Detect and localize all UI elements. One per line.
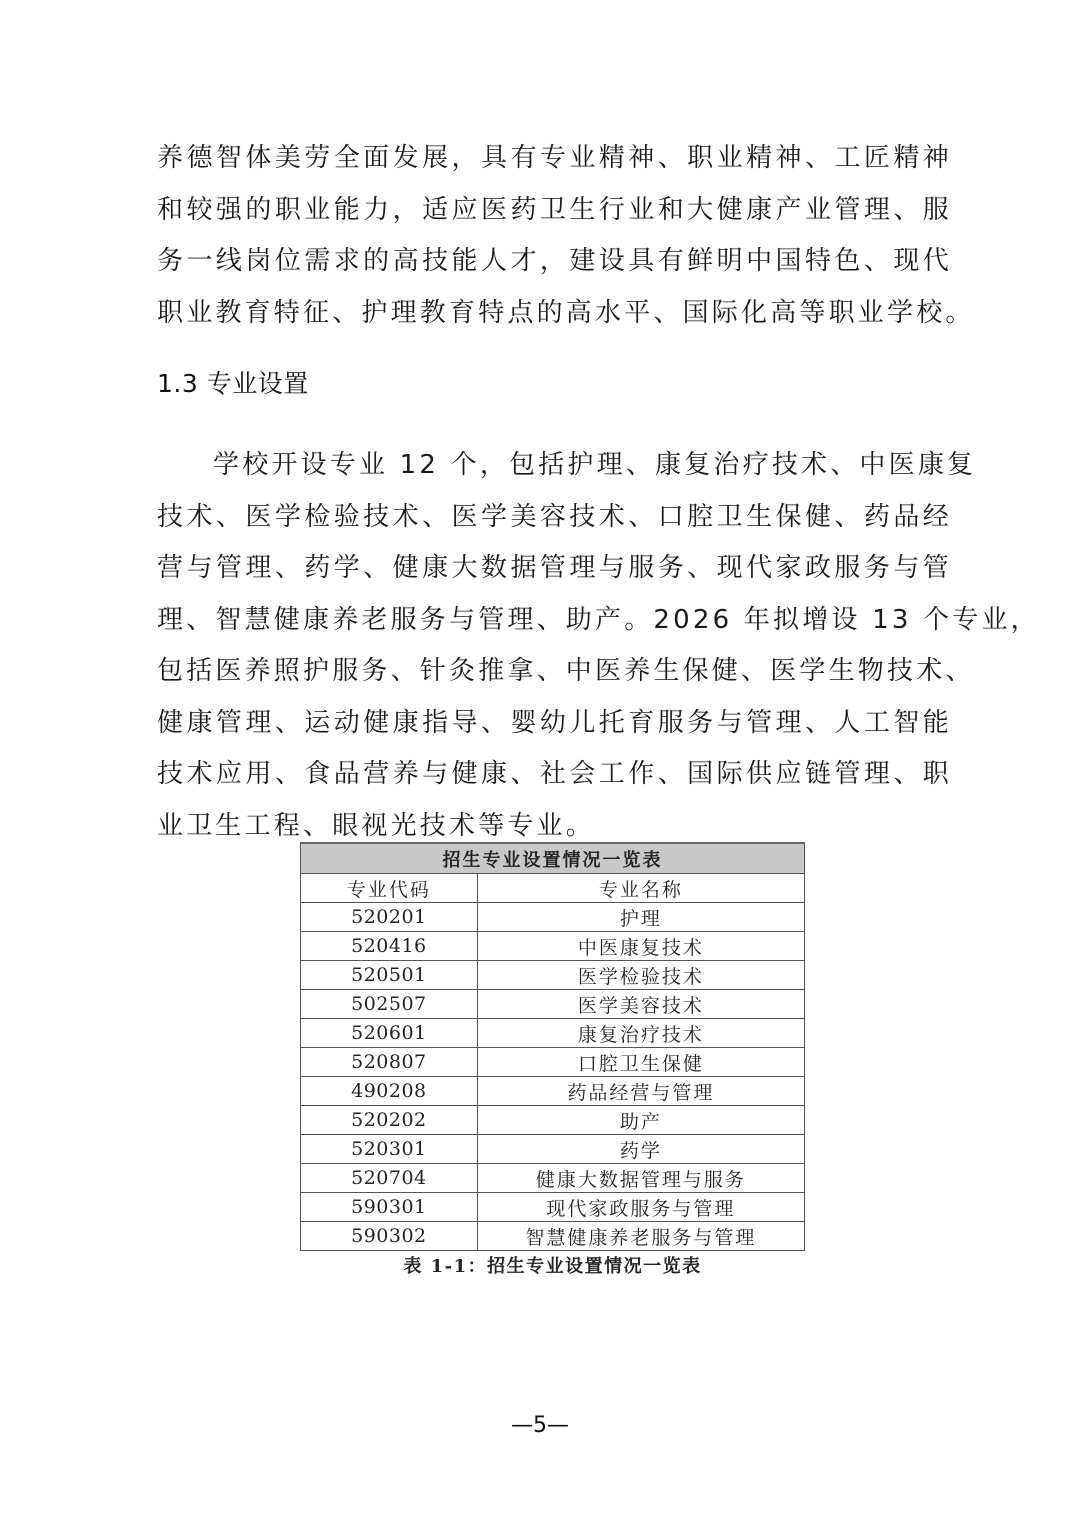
document-page: 养德智体美劳全面发展，具有专业精神、职业精神、工匠精神 和较强的职业能力，适应医… (0, 0, 1080, 1527)
table-row: 520601康复治疗技术 (301, 1019, 805, 1048)
major-name: 现代家政服务与管理 (477, 1193, 804, 1222)
table-title-row: 招生专业设置情况一览表 (301, 843, 805, 874)
table-row: 590301现代家政服务与管理 (301, 1193, 805, 1222)
major-name: 医学美容技术 (477, 990, 804, 1019)
page-number: —5— (0, 1413, 1080, 1438)
major-code: 520807 (301, 1048, 478, 1077)
major-code: 590302 (301, 1222, 478, 1251)
major-name: 康复治疗技术 (477, 1019, 804, 1048)
major-name: 健康大数据管理与服务 (477, 1164, 804, 1193)
major-name: 助产 (477, 1106, 804, 1135)
table-row: 490208药品经营与管理 (301, 1077, 805, 1106)
major-code: 520704 (301, 1164, 478, 1193)
paragraph-line: 技术、医学检验技术、医学美容技术、口腔卫生保健、药品经 (157, 492, 952, 544)
table-row: 502507医学美容技术 (301, 990, 805, 1019)
major-name: 医学检验技术 (477, 961, 804, 990)
paragraph-line: 养德智体美劳全面发展，具有专业精神、职业精神、工匠精神 (157, 133, 952, 185)
paragraph-line: 和较强的职业能力，适应医药卫生行业和大健康产业管理、服 (157, 185, 952, 237)
table-row: 520201护理 (301, 903, 805, 932)
major-name: 口腔卫生保健 (477, 1048, 804, 1077)
major-code: 520201 (301, 903, 478, 932)
major-code: 520202 (301, 1106, 478, 1135)
major-code: 520601 (301, 1019, 478, 1048)
column-header-code: 专业代码 (301, 874, 478, 903)
major-code: 520301 (301, 1135, 478, 1164)
paragraph-line: 健康管理、运动健康指导、婴幼儿托育服务与管理、人工智能 (157, 698, 952, 750)
major-code: 520416 (301, 932, 478, 961)
table-row: 520301药学 (301, 1135, 805, 1164)
paragraph-line: 营与管理、药学、健康大数据管理与服务、现代家政服务与管 (157, 543, 952, 595)
paragraph-line: 理、智慧健康养老服务与管理、助产。2026 年拟增设 13 个专业， (157, 595, 952, 647)
major-code: 490208 (301, 1077, 478, 1106)
major-name: 中医康复技术 (477, 932, 804, 961)
table-row: 520704健康大数据管理与服务 (301, 1164, 805, 1193)
paragraph-line: 务一线岗位需求的高技能人才，建设具有鲜明中国特色、现代 (157, 236, 952, 288)
table-row: 590302智慧健康养老服务与管理 (301, 1222, 805, 1251)
table-row: 520501医学检验技术 (301, 961, 805, 990)
major-code: 590301 (301, 1193, 478, 1222)
paragraph-line: 包括医养照护服务、针灸推拿、中医养生保健、医学生物技术、 (157, 646, 952, 698)
table-row: 520807口腔卫生保健 (301, 1048, 805, 1077)
paragraph-line: 学校开设专业 12 个，包括护理、康复治疗技术、中医康复 (157, 440, 952, 492)
section-paragraph: 学校开设专业 12 个，包括护理、康复治疗技术、中医康复 技术、医学检验技术、医… (157, 440, 952, 852)
table-header-row: 专业代码 专业名称 (301, 874, 805, 903)
major-name: 药品经营与管理 (477, 1077, 804, 1106)
major-code: 502507 (301, 990, 478, 1019)
paragraph-line: 技术应用、食品营养与健康、社会工作、国际供应链管理、职 (157, 749, 952, 801)
major-name: 药学 (477, 1135, 804, 1164)
major-name: 护理 (477, 903, 804, 932)
table-row: 520416中医康复技术 (301, 932, 805, 961)
column-header-name: 专业名称 (477, 874, 804, 903)
major-name: 智慧健康养老服务与管理 (477, 1222, 804, 1251)
table-row: 520202助产 (301, 1106, 805, 1135)
major-code: 520501 (301, 961, 478, 990)
majors-table-container: 招生专业设置情况一览表 专业代码 专业名称 520201护理 520416中医康… (300, 842, 805, 1251)
majors-table: 招生专业设置情况一览表 专业代码 专业名称 520201护理 520416中医康… (300, 842, 805, 1251)
paragraph-line: 职业教育特征、护理教育特点的高水平、国际化高等职业学校。 (157, 288, 952, 340)
table-title: 招生专业设置情况一览表 (301, 843, 805, 874)
intro-paragraph: 养德智体美劳全面发展，具有专业精神、职业精神、工匠精神 和较强的职业能力，适应医… (157, 133, 952, 339)
section-heading: 1.3 专业设置 (157, 364, 309, 400)
table-caption: 表 1-1：招生专业设置情况一览表 (300, 1252, 805, 1278)
